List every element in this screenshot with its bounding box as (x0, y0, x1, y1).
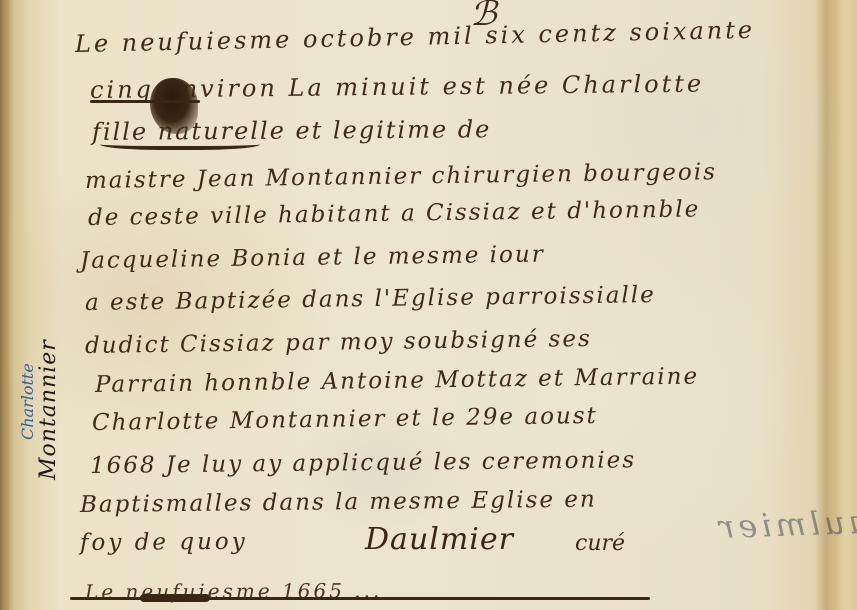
margin-annotation-black: Montannier (36, 339, 61, 480)
text-line-10: Charlotte Montannier et le 29e aoust (92, 403, 598, 436)
bleed-through-ink: Daulmier (714, 502, 857, 546)
text-line-1: Le neufuiesme octobre mil six centz soix… (75, 16, 756, 58)
text-line-14-struck: Le neufuiesme 1665 ... (85, 578, 382, 604)
margin-annotation-blue: Charlotte (18, 363, 37, 440)
text-line-13: foy de quoy (80, 529, 248, 556)
text-line-8: dudict Cissiaz par moy soubsigné ses (85, 326, 592, 359)
manuscript-page: ℬ Le neufuiesme octobre mil six centz so… (0, 0, 857, 610)
text-line-6: Jacqueline Bonia et le mesme iour (80, 242, 545, 274)
text-line-12: Baptismalles dans la mesme Eglise en (80, 487, 597, 518)
signature-title: curé (575, 531, 625, 556)
priest-signature: Daulmier (365, 522, 514, 557)
final-line-ink-smear (140, 594, 210, 602)
text-line-3: fille naturelle et legitime de (92, 115, 492, 146)
strikethrough-mark (90, 100, 200, 103)
text-line-9: Parrain honnble Antoine Mottaz et Marrai… (95, 364, 699, 398)
text-line-4: maistre Jean Montannier chirurgien bourg… (85, 159, 717, 194)
text-line-7: a este Baptizée dans l'Eglise parroissia… (85, 282, 656, 316)
page-left-edge (0, 0, 10, 610)
text-line-5: de ceste ville habitant a Cissiaz et d'h… (88, 196, 701, 231)
text-line-11: 1668 Je luy ay applicqué les ceremonies (90, 447, 636, 479)
